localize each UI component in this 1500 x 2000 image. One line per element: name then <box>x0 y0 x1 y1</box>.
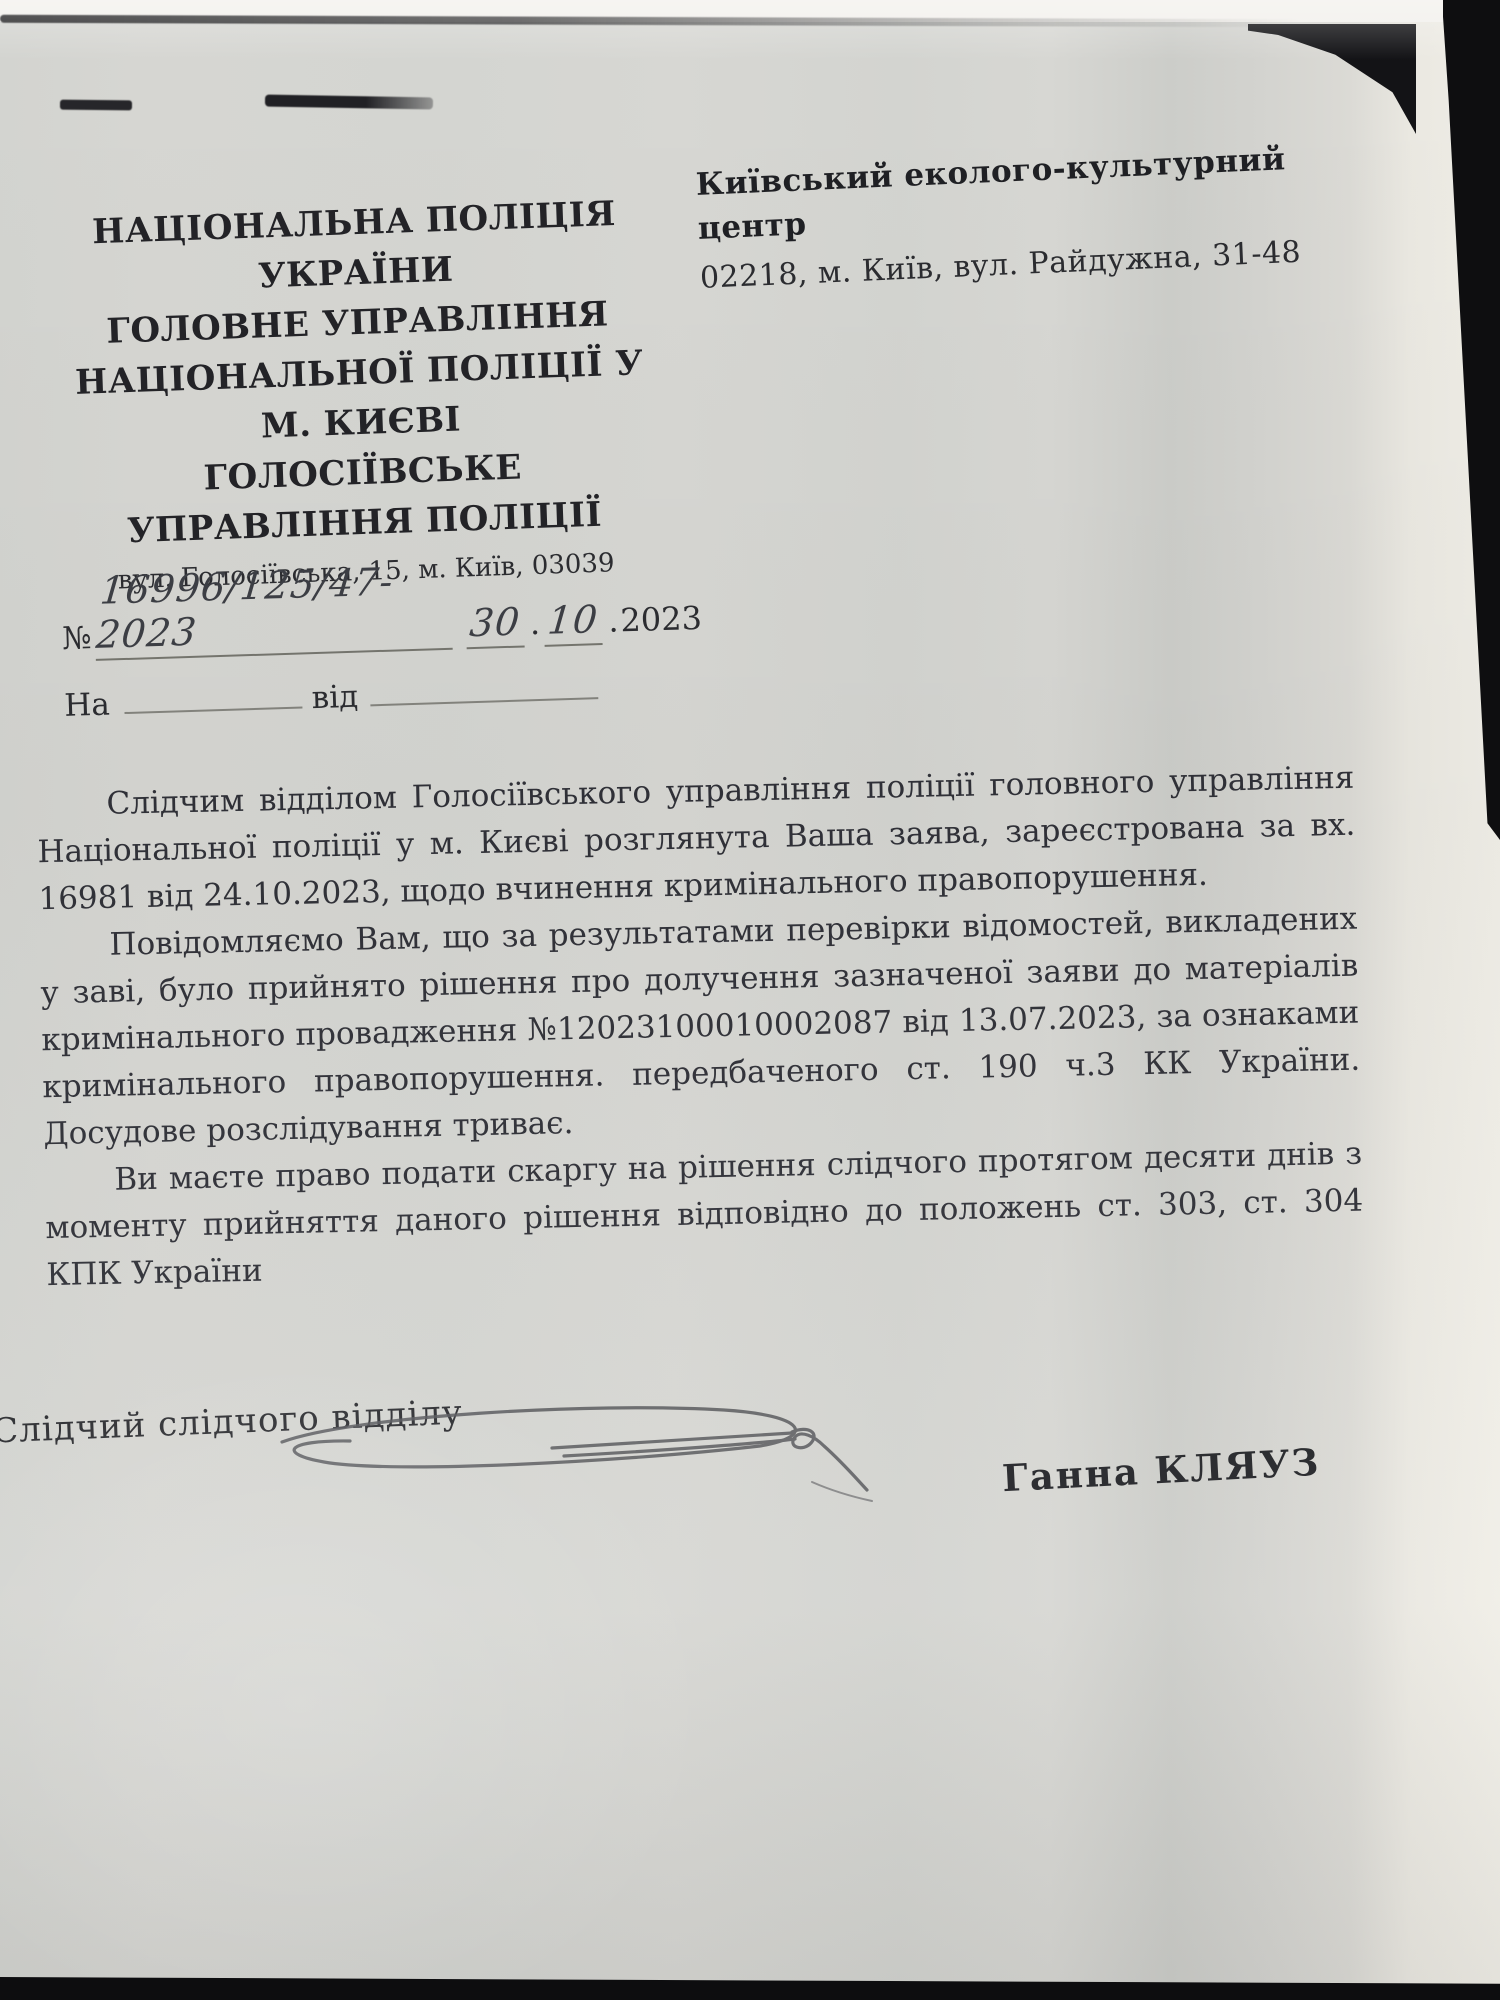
reference-block: № 16996/125/47-2023 30 . 10 . 2023 На ві… <box>60 550 705 724</box>
date-day-handwritten: 30 <box>467 600 521 646</box>
recipient-block: Київський еколого-культурний центр 02218… <box>695 132 1400 295</box>
document-photo: НАЦІОНАЛЬНА ПОЛІЦІЯ УКРАЇНИ ГОЛОВНЕ УПРА… <box>0 0 1500 2000</box>
outgoing-number-handwritten: 16996/125/47-2023 <box>95 558 445 657</box>
body-paragraph-2: Повідомляємо Вам, що за результатами пер… <box>39 896 1362 1159</box>
number-sign: № <box>62 620 92 657</box>
date-separator: . <box>529 604 540 642</box>
document-page: НАЦІОНАЛЬНА ПОЛІЦІЯ УКРАЇНИ ГОЛОВНЕ УПРА… <box>0 0 1500 2000</box>
blank-line <box>123 670 302 714</box>
signatory-name: Ганна КЛЯУЗ <box>1001 1440 1321 1501</box>
date-month-underline: 10 <box>543 597 603 647</box>
reference-number-line: № 16996/125/47-2023 30 . 10 . 2023 <box>60 550 703 662</box>
date-day-underline: 30 <box>465 599 525 649</box>
page-corner-fold <box>1248 24 1416 134</box>
blank-line <box>369 661 598 706</box>
letter-body: Слідчим відділом Голосіївського управлін… <box>36 755 1365 1299</box>
sender-letterhead: НАЦІОНАЛЬНА ПОЛІЦІЯ УКРАЇНИ ГОЛОВНЕ УПРА… <box>48 187 671 602</box>
body-paragraph-1: Слідчим відділом Голосіївського управлін… <box>36 755 1357 924</box>
scan-mark-right <box>265 95 433 110</box>
outgoing-number-underline: 16996/125/47-2023 <box>93 558 452 661</box>
in-reply-label: На <box>64 687 111 724</box>
date-month-handwritten: 10 <box>546 597 600 643</box>
in-reply-line: На від <box>63 658 704 724</box>
scan-mark-left <box>60 100 132 111</box>
from-label: від <box>311 679 359 716</box>
recipient-name: Київський еколого-культурний центр <box>695 132 1398 250</box>
date-year-printed: 2023 <box>620 599 703 640</box>
body-paragraph-3: Ви маєте право подати скаргу на рішення … <box>44 1131 1365 1300</box>
signature-scrawl <box>252 1396 892 1516</box>
date-separator: . <box>608 601 619 639</box>
